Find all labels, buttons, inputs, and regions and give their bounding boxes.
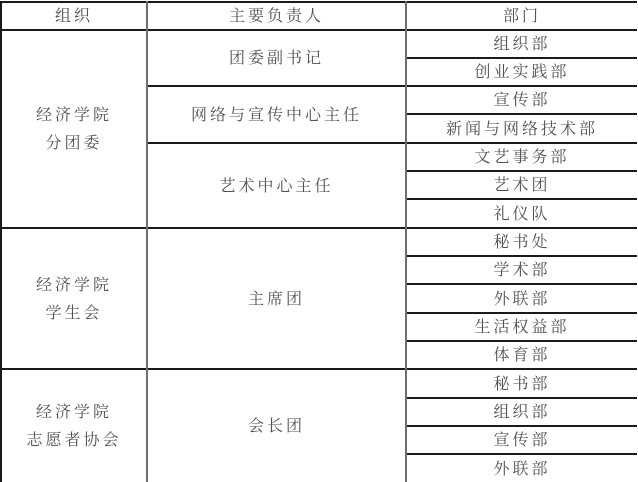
department-cell: 外联部 (407, 455, 637, 482)
department-cell: 秘书部 (407, 370, 637, 397)
organization-table: 组织 主要负责人 部门 经济学院 分团委 团委副书记 网络与宣传中心主任 艺术中… (0, 0, 638, 482)
department-cell: 组织部 (407, 31, 637, 57)
department-cell: 艺术团 (407, 172, 637, 198)
org-name-line: 学生会 (45, 299, 102, 327)
department-cell: 学术部 (407, 257, 637, 283)
org-name-line: 经济学院 (36, 101, 112, 129)
org-name-student-union: 经济学院 学生会 (2, 229, 146, 368)
leader-title: 艺术中心主任 (148, 144, 405, 227)
header-organization: 组织 (2, 3, 146, 29)
org-name-line: 志愿者协会 (26, 426, 121, 454)
header-leader: 主要负责人 (148, 3, 405, 29)
org-name-youth-league: 经济学院 分团委 (2, 31, 146, 227)
department-cell: 文艺事务部 (407, 144, 637, 170)
leader-title: 网络与宣传中心主任 (148, 87, 405, 142)
department-cell: 秘书处 (407, 229, 637, 255)
header-department: 部门 (407, 3, 637, 29)
department-cell: 体育部 (407, 342, 637, 368)
org-name-volunteer-association: 经济学院 志愿者协会 (2, 370, 146, 482)
org-name-line: 分团委 (45, 129, 102, 157)
department-cell: 新闻与网络技术部 (407, 115, 637, 142)
org-name-line: 经济学院 (36, 271, 112, 299)
department-cell: 宣传部 (407, 87, 637, 113)
department-cell: 生活权益部 (407, 314, 637, 340)
department-cell: 外联部 (407, 285, 637, 312)
department-cell: 创业实践部 (407, 59, 637, 85)
leader-title: 主席团 (148, 229, 405, 368)
department-cell: 组织部 (407, 399, 637, 425)
department-cell: 礼仪队 (407, 200, 637, 227)
department-cell: 宣传部 (407, 427, 637, 453)
org-name-line: 经济学院 (36, 398, 112, 426)
leader-title: 会长团 (148, 370, 405, 482)
leader-title: 团委副书记 (148, 31, 405, 85)
